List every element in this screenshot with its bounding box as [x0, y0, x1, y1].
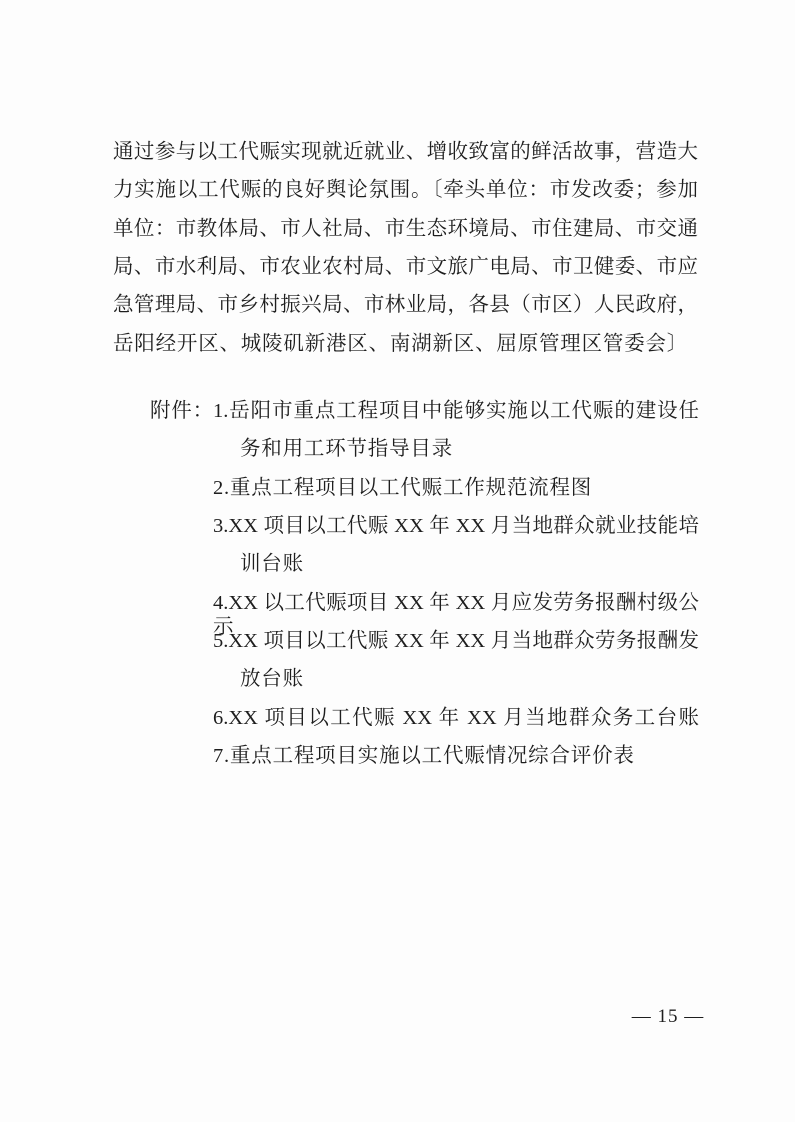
- attachments-label: 附件：: [150, 400, 214, 424]
- attachment-item-6: 6.XX 项目以工代赈 XX 年 XX 月当地群众务工台账: [213, 707, 699, 731]
- attachment-item-3-line-2: 训台账: [240, 553, 304, 577]
- attachment-item-5-line-1: 5.XX 项目以工代赈 XX 年 XX 月当地群众劳务报酬发: [213, 630, 699, 654]
- attachment-item-7: 7.重点工程项目实施以工代赈情况综合评价表: [213, 745, 699, 769]
- attachment-item-1-line-2: 务和用工环节指导目录: [240, 438, 453, 462]
- paragraph-line: 局、市水利局、市农业农村局、市文旅广电局、市卫健委、市应: [113, 256, 698, 280]
- paragraph-line: 力实施以工代赈的良好舆论氛围。〔牵头单位：市发改委；参加: [113, 179, 698, 203]
- paragraph-line: 岳阳经开区、城陵矶新港区、南湖新区、屈原管理区管委会〕: [113, 333, 698, 357]
- document-page: 通过参与以工代赈实现就近就业、增收致富的鲜活故事，营造大 力实施以工代赈的良好舆…: [0, 0, 795, 1122]
- paragraph-line: 急管理局、市乡村振兴局、市林业局，各县（市区）人民政府，: [113, 294, 698, 318]
- paragraph-line: 单位：市教体局、市人社局、市生态环境局、市住建局、市交通: [113, 218, 698, 242]
- attachment-item-5-line-2: 放台账: [240, 668, 304, 692]
- attachment-item-2: 2.重点工程项目以工代赈工作规范流程图: [213, 477, 699, 501]
- page-number: — 15 —: [608, 1006, 728, 1028]
- paragraph-line: 通过参与以工代赈实现就近就业、增收致富的鲜活故事，营造大: [113, 141, 698, 165]
- attachment-item-1-line-1: 1.岳阳市重点工程项目中能够实施以工代赈的建设任: [213, 400, 699, 424]
- attachment-item-3-line-1: 3.XX 项目以工代赈 XX 年 XX 月当地群众就业技能培: [213, 515, 699, 539]
